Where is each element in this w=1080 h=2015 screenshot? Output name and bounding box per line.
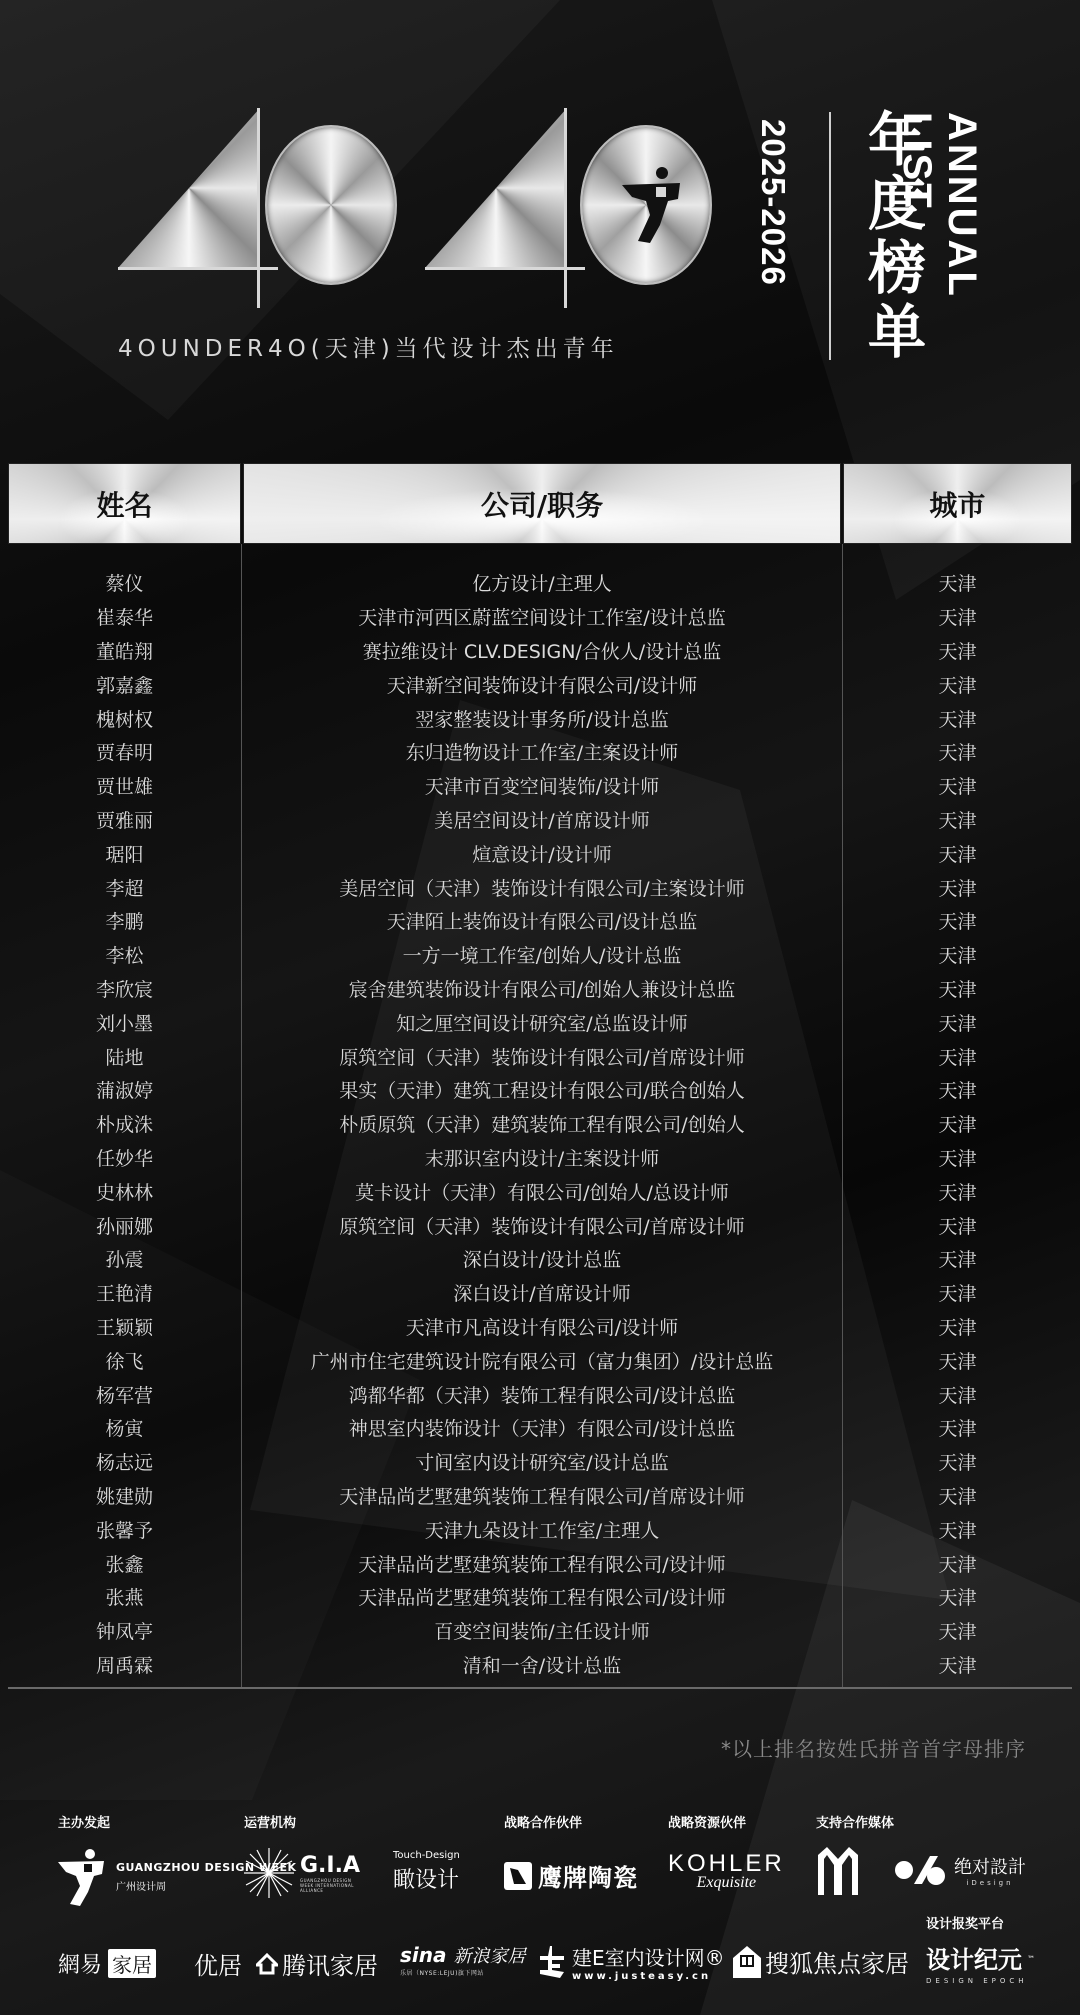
name-cell: 任妙华 — [8, 1144, 241, 1171]
city-cell: 天津 — [843, 907, 1072, 934]
company-cell: 翌家整装设计事务所/设计总监 — [243, 705, 841, 732]
name-cell: 贾世雄 — [8, 772, 241, 799]
company-cell: 莫卡设计（天津）有限公司/创始人/总设计师 — [243, 1178, 841, 1205]
table-row: 钟凤亭百变空间装饰/主任设计师天津 — [8, 1614, 1072, 1648]
city-cell: 天津 — [843, 1381, 1072, 1408]
name-cell: 陆地 — [8, 1043, 241, 1070]
logo-tencent-home: 腾讯家居 — [256, 1946, 378, 1981]
table-row: 蔡仪亿方设计/主理人天津 — [8, 566, 1072, 600]
company-cell: 天津品尚艺墅建筑装饰工程有限公司/设计师 — [243, 1583, 841, 1610]
logo-sina-home: sina 新浪家居 乐居（NYSE:LEJU)旗下网站 — [400, 1942, 526, 1977]
logo-touch-design: Touch-Design 瞰设计 — [393, 1850, 460, 1894]
name-cell: 李超 — [8, 874, 241, 901]
city-cell: 天津 — [843, 1651, 1072, 1678]
company-cell: 美居空间设计/首席设计师 — [243, 806, 841, 833]
company-cell: 神思室内装饰设计（天津）有限公司/设计总监 — [243, 1414, 841, 1441]
city-cell: 天津 — [843, 603, 1072, 630]
table-row: 史林林莫卡设计（天津）有限公司/创始人/总设计师天津 — [8, 1174, 1072, 1208]
city-cell: 天津 — [843, 975, 1072, 1002]
percent-icon — [894, 1852, 946, 1888]
table-row: 董皓翔赛拉维设计 CLV.DESIGN/合伙人/设计总监天津 — [8, 634, 1072, 668]
name-cell: 王艳清 — [8, 1279, 241, 1306]
city-cell: 天津 — [843, 671, 1072, 698]
city-cell: 天津 — [843, 941, 1072, 968]
company-cell: 深白设计/设计总监 — [243, 1245, 841, 1272]
table-row: 刘小墨知之厘空间设计研究室/总监设计师天津 — [8, 1005, 1072, 1039]
table-row: 朴成洙朴质原筑（天津）建筑装饰工程有限公司/创始人天津 — [8, 1107, 1072, 1141]
name-cell: 张燕 — [8, 1583, 241, 1610]
city-cell: 天津 — [843, 1313, 1072, 1340]
company-cell: 一方一境工作室/创始人/设计总监 — [243, 941, 841, 968]
table-row: 贾春明东归造物设计工作室/主案设计师天津 — [8, 735, 1072, 769]
table-row: 张燕天津品尚艺墅建筑装饰工程有限公司/设计师天津 — [8, 1580, 1072, 1614]
runner-icon — [58, 1848, 108, 1906]
company-cell: 天津市百变空间装饰/设计师 — [243, 772, 841, 799]
label-platform: 设计报奖平台 — [926, 1913, 1004, 1932]
table-row: 郭嘉鑫天津新空间装饰设计有限公司/设计师天津 — [8, 667, 1072, 701]
year-range: 2025-2026 — [752, 115, 792, 290]
city-cell: 天津 — [843, 840, 1072, 867]
city-cell: 天津 — [843, 1583, 1072, 1610]
label-media: 支持合作媒体 — [816, 1812, 894, 1831]
name-cell: 贾雅丽 — [8, 806, 241, 833]
city-cell: 天津 — [843, 1482, 1072, 1509]
table-row: 杨志远寸间室内设计研究室/设计总监天津 — [8, 1445, 1072, 1479]
name-cell: 郭嘉鑫 — [8, 671, 241, 698]
honoree-table: 姓名 公司/职务 城市 蔡仪亿方设计/主理人天津崔泰华天津市河西区蔚蓝空间设计工… — [8, 463, 1072, 1687]
company-cell: 朴质原筑（天津）建筑装饰工程有限公司/创始人 — [243, 1110, 841, 1137]
table-row: 槐树权翌家整装设计事务所/设计总监天津 — [8, 701, 1072, 735]
name-cell: 孙丽娜 — [8, 1212, 241, 1239]
table-row: 王颖颖天津市凡高设计有限公司/设计师天津 — [8, 1310, 1072, 1344]
table-row: 孙震深白设计/设计总监天津 — [8, 1242, 1072, 1276]
city-cell: 天津 — [843, 874, 1072, 901]
name-cell: 杨军营 — [8, 1381, 241, 1408]
hero-subtitle: 4OUNDER4O(天津)当代设计杰出青年 — [118, 330, 619, 363]
company-cell: 亿方设计/主理人 — [243, 569, 841, 596]
logo-justeasy: 建E室内设计网® www.justeasy.cn — [538, 1942, 725, 1982]
company-cell: 清和一舍/设计总监 — [243, 1651, 841, 1678]
company-cell: 天津九朵设计工作室/主理人 — [243, 1516, 841, 1543]
table-row: 张馨予天津九朵设计工作室/主理人天津 — [8, 1512, 1072, 1546]
name-cell: 杨志远 — [8, 1448, 241, 1475]
city-cell: 天津 — [843, 1617, 1072, 1644]
company-cell: 果实（天津）建筑工程设计有限公司/联合创始人 — [243, 1076, 841, 1103]
company-cell: 深白设计/首席设计师 — [243, 1279, 841, 1306]
name-cell: 孙震 — [8, 1245, 241, 1272]
table-row: 李超美居空间（天津）装饰设计有限公司/主案设计师天津 — [8, 870, 1072, 904]
logo-eagle-ceramics: 鹰牌陶瓷 — [504, 1858, 638, 1893]
company-cell: 广州市住宅建筑设计院有限公司（富力集团）/设计总监 — [243, 1347, 841, 1374]
name-cell: 姚建勋 — [8, 1482, 241, 1509]
digit-0-disc — [265, 125, 397, 285]
justeasy-icon — [538, 1946, 566, 1978]
logo-kohler: KOHLER Exquisite — [668, 1850, 785, 1892]
company-cell: 寸间室内设计研究室/设计总监 — [243, 1448, 841, 1475]
name-cell: 刘小墨 — [8, 1009, 241, 1036]
label-strategic-partner: 战略合作伙伴 — [504, 1812, 582, 1831]
company-cell: 天津市河西区蔚蓝空间设计工作室/设计总监 — [243, 603, 841, 630]
city-cell: 天津 — [843, 705, 1072, 732]
logo-netease-home: 網易 家居 — [58, 1948, 156, 1979]
sort-note: *以上排名按姓氏拼音首字母排序 — [721, 1733, 1026, 1762]
city-cell: 天津 — [843, 1347, 1072, 1374]
company-cell: 知之厘空间设计研究室/总监设计师 — [243, 1009, 841, 1036]
name-cell: 朴成洙 — [8, 1110, 241, 1137]
city-cell: 天津 — [843, 1279, 1072, 1306]
name-cell: 王颖颖 — [8, 1313, 241, 1340]
company-cell: 东归造物设计工作室/主案设计师 — [243, 738, 841, 765]
header-name: 姓名 — [8, 463, 241, 544]
city-cell: 天津 — [843, 1414, 1072, 1441]
city-cell: 天津 — [843, 738, 1072, 765]
city-cell: 天津 — [843, 1110, 1072, 1137]
table-row: 杨寅神思室内装饰设计（天津）有限公司/设计总监天津 — [8, 1411, 1072, 1445]
logo-jueduei-design: 绝对設計 iDesign — [894, 1852, 1026, 1888]
name-cell: 贾春明 — [8, 738, 241, 765]
name-cell: 李鹏 — [8, 907, 241, 934]
table-row: 李欣宸宸舍建筑装饰设计有限公司/创始人兼设计总监天津 — [8, 972, 1072, 1006]
hero-banner: 2025-2026 4OUNDER4O(天津)当代设计杰出青年 年度榜单 ANN… — [0, 0, 1080, 440]
company-cell: 宸舍建筑装饰设计有限公司/创始人兼设计总监 — [243, 975, 841, 1002]
table-row: 徐飞广州市住宅建筑设计院有限公司（富力集团）/设计总监天津 — [8, 1343, 1072, 1377]
name-cell: 李松 — [8, 941, 241, 968]
logo-design-epoch: 设计纪元 ™ DESIGN EPOCH — [926, 1940, 1035, 1985]
header-city: 城市 — [843, 463, 1072, 544]
name-cell: 史林林 — [8, 1178, 241, 1205]
company-cell: 百变空间装饰/主任设计师 — [243, 1617, 841, 1644]
name-cell: 张馨予 — [8, 1516, 241, 1543]
city-cell: 天津 — [843, 1245, 1072, 1272]
company-cell: 美居空间（天津）装饰设计有限公司/主案设计师 — [243, 874, 841, 901]
name-cell: 周禹霖 — [8, 1651, 241, 1678]
city-cell: 天津 — [843, 1076, 1072, 1103]
table-row: 王艳清深白设计/首席设计师天津 — [8, 1276, 1072, 1310]
name-cell: 徐飞 — [8, 1347, 241, 1374]
label-operator: 运营机构 — [244, 1812, 296, 1831]
header-company: 公司/职务 — [243, 463, 841, 544]
table-bottom-rule — [8, 1687, 1072, 1689]
company-cell: 天津品尚艺墅建筑装饰工程有限公司/设计师 — [243, 1550, 841, 1577]
company-cell: 末那识室内设计/主案设计师 — [243, 1144, 841, 1171]
company-cell: 天津新空间装饰设计有限公司/设计师 — [243, 671, 841, 698]
table-row: 琚阳煊意设计/设计师天津 — [8, 836, 1072, 870]
city-cell: 天津 — [843, 1144, 1072, 1171]
name-cell: 李欣宸 — [8, 975, 241, 1002]
name-cell: 董皓翔 — [8, 637, 241, 664]
city-cell: 天津 — [843, 1212, 1072, 1239]
company-cell: 天津品尚艺墅建筑装饰工程有限公司/首席设计师 — [243, 1482, 841, 1509]
company-cell: 煊意设计/设计师 — [243, 840, 841, 867]
city-cell: 天津 — [843, 1178, 1072, 1205]
name-cell: 蔡仪 — [8, 569, 241, 596]
table-row: 孙丽娜原筑空间（天津）装饰设计有限公司/首席设计师天津 — [8, 1208, 1072, 1242]
table-row: 贾世雄天津市百变空间装饰/设计师天津 — [8, 769, 1072, 803]
table-row: 崔泰华天津市河西区蔚蓝空间设计工作室/设计总监天津 — [8, 600, 1072, 634]
digit-4-triangle — [425, 108, 567, 268]
name-cell: 杨寅 — [8, 1414, 241, 1441]
company-cell: 原筑空间（天津）装饰设计有限公司/首席设计师 — [243, 1043, 841, 1070]
table-row: 李松一方一境工作室/创始人/设计总监天津 — [8, 938, 1072, 972]
table-row: 陆地原筑空间（天津）装饰设计有限公司/首席设计师天津 — [8, 1039, 1072, 1073]
table-row: 张鑫天津品尚艺墅建筑装饰工程有限公司/设计师天津 — [8, 1546, 1072, 1580]
house-icon — [256, 1953, 278, 1975]
name-cell: 张鑫 — [8, 1550, 241, 1577]
name-cell: 琚阳 — [8, 840, 241, 867]
table-row: 周禹霖清和一舍/设计总监天津 — [8, 1648, 1072, 1682]
starburst-icon — [244, 1848, 294, 1898]
company-cell: 鸿都华都（天津）装饰工程有限公司/设计总监 — [243, 1381, 841, 1408]
company-cell: 原筑空间（天津）装饰设计有限公司/首席设计师 — [243, 1212, 841, 1239]
table-row: 杨军营鸿都华都（天津）装饰工程有限公司/设计总监天津 — [8, 1377, 1072, 1411]
name-cell: 蒲淑婷 — [8, 1076, 241, 1103]
logo-youju: 优居 — [194, 1946, 242, 1981]
city-cell: 天津 — [843, 1448, 1072, 1475]
label-resource-partner: 战略资源伙伴 — [668, 1812, 746, 1831]
annual-list-en: ANNUAL LIST — [940, 112, 984, 362]
city-cell: 天津 — [843, 569, 1072, 596]
table-row: 姚建勋天津品尚艺墅建筑装饰工程有限公司/首席设计师天津 — [8, 1479, 1072, 1513]
house-icon — [733, 1946, 761, 1978]
city-cell: 天津 — [843, 1009, 1072, 1036]
table-row: 任妙华末那识室内设计/主案设计师天津 — [8, 1141, 1072, 1175]
city-cell: 天津 — [843, 1043, 1072, 1070]
runner-icon — [620, 165, 690, 245]
digit-4-triangle — [118, 108, 260, 268]
company-cell: 赛拉维设计 CLV.DESIGN/合伙人/设计总监 — [243, 637, 841, 664]
name-cell: 崔泰华 — [8, 603, 241, 630]
company-cell: 天津陌上装饰设计有限公司/设计总监 — [243, 907, 841, 934]
city-cell: 天津 — [843, 1550, 1072, 1577]
city-cell: 天津 — [843, 772, 1072, 799]
city-cell: 天津 — [843, 637, 1072, 664]
mm-icon — [816, 1845, 860, 1901]
city-cell: 天津 — [843, 1516, 1072, 1543]
table-body: 蔡仪亿方设计/主理人天津崔泰华天津市河西区蔚蓝空间设计工作室/设计总监天津董皓翔… — [8, 544, 1072, 1687]
logo-gia: G.I.A GUANGZHOU DESIGN WEEK INTERNATIONA… — [244, 1848, 360, 1898]
table-row: 蒲淑婷果实（天津）建筑工程设计有限公司/联合创始人天津 — [8, 1073, 1072, 1107]
name-cell: 钟凤亭 — [8, 1617, 241, 1644]
city-cell: 天津 — [843, 806, 1072, 833]
table-row: 贾雅丽美居空间设计/首席设计师天津 — [8, 803, 1072, 837]
name-cell: 槐树权 — [8, 705, 241, 732]
logo-sohu-focus-home: 搜狐焦点家居 — [733, 1944, 909, 1979]
logo-mm-media — [816, 1845, 860, 1901]
divider — [829, 112, 831, 360]
table-header: 姓名 公司/职务 城市 — [8, 463, 1072, 544]
table-row: 李鹏天津陌上装饰设计有限公司/设计总监天津 — [8, 904, 1072, 938]
eagle-icon — [504, 1862, 532, 1890]
company-cell: 天津市凡高设计有限公司/设计师 — [243, 1313, 841, 1340]
label-host: 主办发起 — [58, 1812, 110, 1831]
